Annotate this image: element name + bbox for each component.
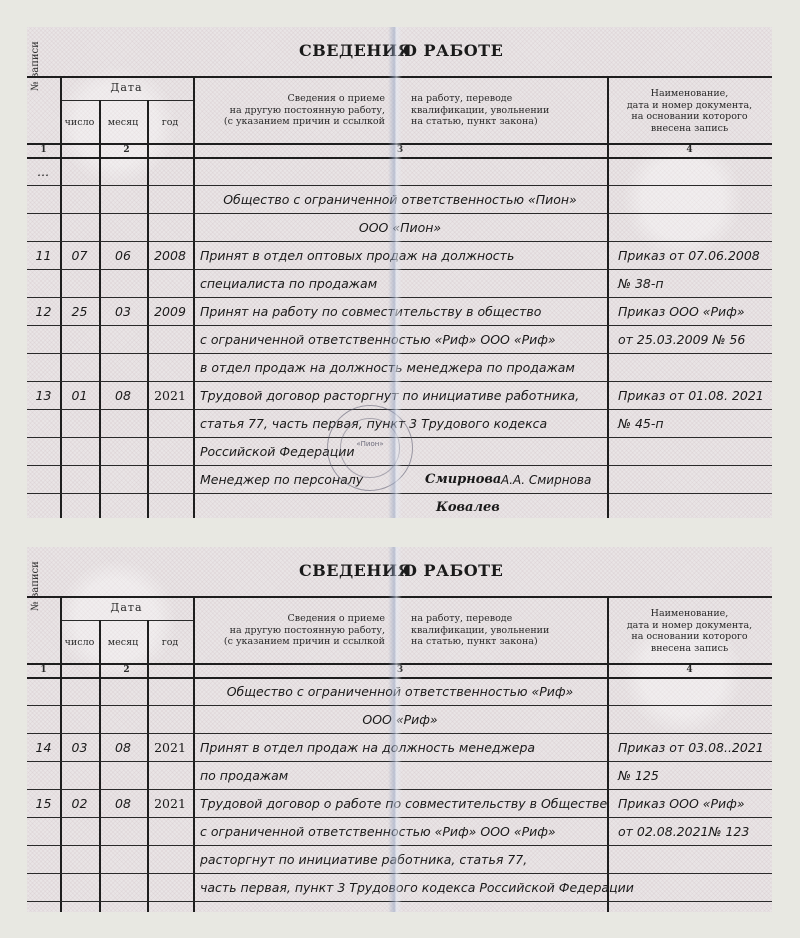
header-line: внесена запись <box>607 643 772 655</box>
work-book-page-2: СВЕДЕНИЯО РАБОТЕ№ записиДатачисломесяцго… <box>27 547 772 912</box>
entry-text: с ограниченной ответственностью «Риф» ОО… <box>200 326 556 354</box>
entry-day <box>60 466 99 494</box>
header-top-line <box>27 596 772 598</box>
entry-month <box>99 846 147 874</box>
entry-month <box>99 762 147 790</box>
header-line: на основании которого <box>607 631 772 643</box>
entry-day: 25 <box>60 298 99 326</box>
entry-year <box>147 186 193 214</box>
entry-text: в отдел продаж на должность менеджера по… <box>200 354 575 382</box>
table-row: 1107062008Принят в отдел оптовых продаж … <box>27 242 772 270</box>
company-stamp: «Пион» <box>327 405 413 491</box>
entry-year <box>147 326 193 354</box>
entry-day <box>60 706 99 734</box>
entry-year <box>147 354 193 382</box>
work-book-page-1: СВЕДЕНИЯО РАБОТЕ№ записиДатачисломесяцго… <box>27 27 772 518</box>
entry-day <box>60 326 99 354</box>
table-row: часть первая, пункт 3 Трудового кодекса … <box>27 874 772 902</box>
entry-month: 06 <box>99 242 147 270</box>
entry-month <box>99 678 147 706</box>
entry-number: 12 <box>27 298 60 326</box>
entry-text: Принят на работу по совместительству в о… <box>200 298 541 326</box>
entry-day <box>60 214 99 242</box>
entry-year <box>147 846 193 874</box>
entry-day <box>60 410 99 438</box>
header-line: квалификации, увольнении <box>411 105 611 117</box>
column-header-year: год <box>147 637 193 649</box>
entry-number <box>27 706 60 734</box>
entry-year <box>147 214 193 242</box>
entry-year: 2021 <box>147 382 193 410</box>
table-row: 1225032009Принят на работу по совместите… <box>27 298 772 326</box>
entry-month: 08 <box>99 790 147 818</box>
entry-document: № 125 <box>618 762 659 790</box>
entry-year <box>147 158 193 186</box>
entry-number <box>27 678 60 706</box>
entry-year: 2008 <box>147 242 193 270</box>
entry-year: 2009 <box>147 298 193 326</box>
entry-day: 07 <box>60 242 99 270</box>
entry-number <box>27 186 60 214</box>
column-header-document: Наименование,дата и номер документа,на о… <box>607 608 772 654</box>
entry-number <box>27 410 60 438</box>
entry-document: Приказ от 01.08. 2021 <box>618 382 764 410</box>
entry-year <box>147 270 193 298</box>
column-number-4: 4 <box>607 665 772 677</box>
entry-text: ООО «Пион» <box>193 214 607 242</box>
entry-number <box>27 438 60 466</box>
entry-text: ООО «Риф» <box>193 706 607 734</box>
entry-number <box>27 354 60 382</box>
entry-text: часть первая, пункт 3 Трудового кодекса … <box>200 874 634 902</box>
entry-document: № 38-п <box>618 270 664 298</box>
entry-text: Принят в отдел продаж на должность менед… <box>200 734 535 762</box>
entry-document: № 45-п <box>618 410 664 438</box>
entry-text: Трудовой договор расторгнут по инициатив… <box>200 382 579 410</box>
entry-text: по продажам <box>200 762 288 790</box>
entry-document: Приказ ООО «Риф» <box>618 298 745 326</box>
entry-number: 14 <box>27 734 60 762</box>
column-header-entry-number: № записи <box>30 553 41 619</box>
entry-number <box>27 214 60 242</box>
column-header-day: число <box>60 117 99 129</box>
header-line: внесена запись <box>607 123 772 135</box>
table-row: 1301082021Трудовой договор расторгнут по… <box>27 382 772 410</box>
column-number-1: 1 <box>27 145 60 157</box>
entry-month <box>99 354 147 382</box>
header-line: на основании которого <box>607 111 772 123</box>
signature-smirnova: Смирнова <box>425 466 501 494</box>
header-line: (с указанием причин и ссылкой <box>197 636 385 648</box>
entry-year <box>147 762 193 790</box>
entry-month <box>99 186 147 214</box>
entry-text: Общество с ограниченной ответственностью… <box>193 678 607 706</box>
column-number-4: 4 <box>607 145 772 157</box>
entry-number: 11 <box>27 242 60 270</box>
column-header-info-left: Сведения о приемена другую постоянную ра… <box>197 93 385 128</box>
entry-day: 03 <box>60 734 99 762</box>
entry-day <box>60 354 99 382</box>
entry-year <box>147 466 193 494</box>
entry-month <box>99 438 147 466</box>
entry-year <box>147 706 193 734</box>
entry-number: ... <box>27 158 60 186</box>
entry-month <box>99 706 147 734</box>
date-subheader-line <box>60 620 193 621</box>
header-line: дата и номер документа, <box>607 100 772 112</box>
entry-document: Приказ от 03.08..2021 <box>618 734 764 762</box>
entry-month <box>99 326 147 354</box>
table-row: с ограниченной ответственностью «Риф» ОО… <box>27 818 772 846</box>
entry-day <box>60 818 99 846</box>
table-row: ООО «Риф» <box>27 706 772 734</box>
entry-day: 01 <box>60 382 99 410</box>
entry-month <box>99 214 147 242</box>
header-line: на статью, пункт закона) <box>411 636 611 648</box>
entry-number <box>27 846 60 874</box>
entry-document: от 02.08.2021№ 123 <box>618 818 749 846</box>
header-line: Сведения о приеме <box>197 613 385 625</box>
header-top-line <box>27 76 772 78</box>
entry-text: Общество с ограниченной ответственностью… <box>193 186 607 214</box>
column-header-day: число <box>60 637 99 649</box>
date-subheader-line <box>60 100 193 101</box>
entry-month <box>99 158 147 186</box>
column-number-2: 2 <box>60 145 193 157</box>
entry-year <box>147 678 193 706</box>
entry-number <box>27 326 60 354</box>
header-line: на работу, переводе <box>411 613 611 625</box>
table-row: ООО «Пион» <box>27 214 772 242</box>
entry-day <box>60 186 99 214</box>
entry-document: Приказ ООО «Риф» <box>618 790 745 818</box>
column-number-3: 3 <box>193 145 607 157</box>
entry-month <box>99 410 147 438</box>
entry-document: от 25.03.2009 № 56 <box>618 326 745 354</box>
table-row: в отдел продаж на должность менеджера по… <box>27 354 772 382</box>
header-line: дата и номер документа, <box>607 620 772 632</box>
entry-number <box>27 466 60 494</box>
entry-text: Принят в отдел оптовых продаж на должнос… <box>200 242 514 270</box>
column-header-date: Дата <box>60 82 193 94</box>
entry-month <box>99 874 147 902</box>
entry-year <box>147 410 193 438</box>
entry-text: расторгнут по инициативе работника, стат… <box>200 846 527 874</box>
entry-text: Трудовой договор о работе по совместител… <box>200 790 607 818</box>
column-header-date: Дата <box>60 602 193 614</box>
column-header-year: год <box>147 117 193 129</box>
header-line: на другую постоянную работу, <box>197 625 385 637</box>
entry-day <box>60 762 99 790</box>
entry-month: 03 <box>99 298 147 326</box>
entry-day <box>60 494 99 518</box>
entry-year: 2021 <box>147 790 193 818</box>
entry-day <box>60 846 99 874</box>
header-line: Сведения о приеме <box>197 93 385 105</box>
table-row: расторгнут по инициативе работника, стат… <box>27 846 772 874</box>
table-row: 1403082021Принят в отдел продаж на должн… <box>27 734 772 762</box>
header-line: квалификации, увольнении <box>411 625 611 637</box>
entry-day: 02 <box>60 790 99 818</box>
column-header-info-left: Сведения о приемена другую постоянную ра… <box>197 613 385 648</box>
entry-number <box>27 494 60 518</box>
entry-number: 13 <box>27 382 60 410</box>
column-number-1: 1 <box>27 665 60 677</box>
column-number-3: 3 <box>193 665 607 677</box>
column-number-2: 2 <box>60 665 193 677</box>
entry-month <box>99 270 147 298</box>
column-header-month: месяц <box>99 117 147 129</box>
table-row: с ограниченной ответственностью «Риф» ОО… <box>27 326 772 354</box>
header-line: Наименование, <box>607 608 772 620</box>
entry-month <box>99 818 147 846</box>
entry-text: специалиста по продажам <box>200 270 377 298</box>
header-line: на работу, переводе <box>411 93 611 105</box>
entry-day <box>60 438 99 466</box>
header-line: (с указанием причин и ссылкой <box>197 116 385 128</box>
page-title-right: О РАБОТЕ <box>403 41 503 60</box>
entry-day <box>60 270 99 298</box>
signature-kovalev: Ковалев <box>436 494 500 518</box>
column-header-info-right: на работу, переводеквалификации, увольне… <box>411 613 611 648</box>
entry-day <box>60 158 99 186</box>
entry-day <box>60 678 99 706</box>
entry-month <box>99 466 147 494</box>
stamp-label: «Пион» <box>328 440 412 448</box>
entry-month <box>99 494 147 518</box>
entry-text: с ограниченной ответственностью «Риф» ОО… <box>200 818 556 846</box>
header-line: Наименование, <box>607 88 772 100</box>
entry-document: Приказ от 07.06.2008 <box>618 242 760 270</box>
entry-number: 15 <box>27 790 60 818</box>
page-title-right: О РАБОТЕ <box>403 561 503 580</box>
entry-day <box>60 874 99 902</box>
header-line: на статью, пункт закона) <box>411 116 611 128</box>
entry-number <box>27 762 60 790</box>
table-row: Общество с ограниченной ответственностью… <box>27 186 772 214</box>
entry-number <box>27 818 60 846</box>
table-row: по продажам№ 125 <box>27 762 772 790</box>
table-row: 1502082021Трудовой договор о работе по с… <box>27 790 772 818</box>
entry-number <box>27 874 60 902</box>
table-row: Общество с ограниченной ответственностью… <box>27 678 772 706</box>
entry-year <box>147 438 193 466</box>
column-header-info-right: на работу, переводеквалификации, увольне… <box>411 93 611 128</box>
column-header-month: месяц <box>99 637 147 649</box>
entry-year: 2021 <box>147 734 193 762</box>
table-row <box>27 494 772 518</box>
page-title-left: СВЕДЕНИЯ <box>299 41 412 60</box>
entry-year <box>147 874 193 902</box>
entry-month: 08 <box>99 382 147 410</box>
signature-name: А.А. Смирнова <box>501 466 591 494</box>
entry-number <box>27 270 60 298</box>
header-line: на другую постоянную работу, <box>197 105 385 117</box>
entry-month: 08 <box>99 734 147 762</box>
entry-year <box>147 494 193 518</box>
table-row: специалиста по продажам№ 38-п <box>27 270 772 298</box>
column-header-document: Наименование,дата и номер документа,на о… <box>607 88 772 134</box>
table-row: ... <box>27 158 772 186</box>
entry-year <box>147 818 193 846</box>
page-title-left: СВЕДЕНИЯ <box>299 561 412 580</box>
column-header-entry-number: № записи <box>30 33 41 99</box>
